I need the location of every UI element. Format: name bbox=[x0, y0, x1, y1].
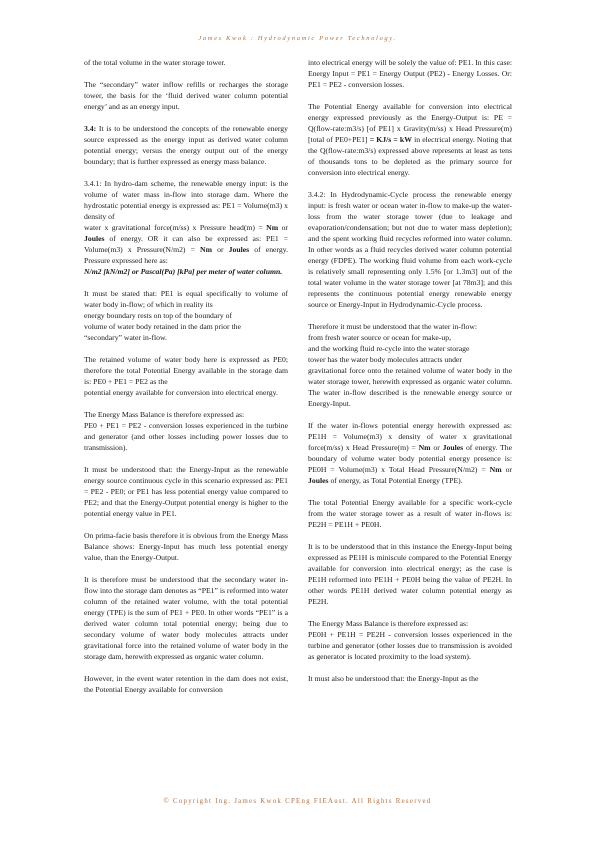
paragraph: The Potential Energy available for conve… bbox=[308, 101, 512, 178]
paragraph: On prima-facie basis therefore it is obv… bbox=[84, 530, 288, 563]
paragraph: It is therefore must be understood that … bbox=[84, 574, 288, 662]
left-column: of the total volume in the water storage… bbox=[84, 57, 288, 706]
section-3-4-2-paragraph: 3.4.2: In Hydrodynamic-Cycle process the… bbox=[308, 189, 512, 310]
paragraph: Therefore it must be understood that the… bbox=[308, 321, 512, 409]
copyright-footer: © Copyright Ing. James Kwok CPEng FIEAus… bbox=[0, 798, 595, 805]
section-label: 3.4: bbox=[84, 124, 96, 133]
paragraph: It must also be understood that: the Ene… bbox=[308, 673, 512, 684]
paragraph: The retained volume of water body here i… bbox=[84, 354, 288, 398]
energy-mass-balance-paragraph: The Energy Mass Balance is therefore exp… bbox=[84, 409, 288, 453]
paragraph: The total Potential Energy available for… bbox=[308, 497, 512, 530]
pressure-units: N/m2 [kN/m2] or Pascal(Pa) [kPa] per met… bbox=[84, 267, 282, 276]
paragraph: of the total volume in the water storage… bbox=[84, 57, 288, 68]
running-header: James Kwok : Hydrodynamic Power Technolo… bbox=[0, 35, 595, 42]
paragraph: It is to be understood that in this inst… bbox=[308, 541, 512, 607]
paragraph: However, in the event water retention in… bbox=[84, 673, 288, 695]
paragraph: into electrical energy will be solely th… bbox=[308, 57, 512, 90]
right-column: into electrical energy will be solely th… bbox=[308, 57, 512, 695]
paragraph: It must be understood that: the Energy-I… bbox=[84, 464, 288, 519]
section-3-4-paragraph: 3.4: It is to be understood the concepts… bbox=[84, 123, 288, 167]
paragraph: It must be stated that: PE1 is equal spe… bbox=[84, 288, 288, 343]
section-3-4-1-paragraph: 3.4.1: In hydro-dam scheme, the renewabl… bbox=[84, 178, 288, 277]
paragraph: If the water in-flows potential energy h… bbox=[308, 420, 512, 486]
paragraph: The “secondary” water inflow refills or … bbox=[84, 79, 288, 112]
energy-mass-balance-paragraph: The Energy Mass Balance is therefore exp… bbox=[308, 618, 512, 662]
